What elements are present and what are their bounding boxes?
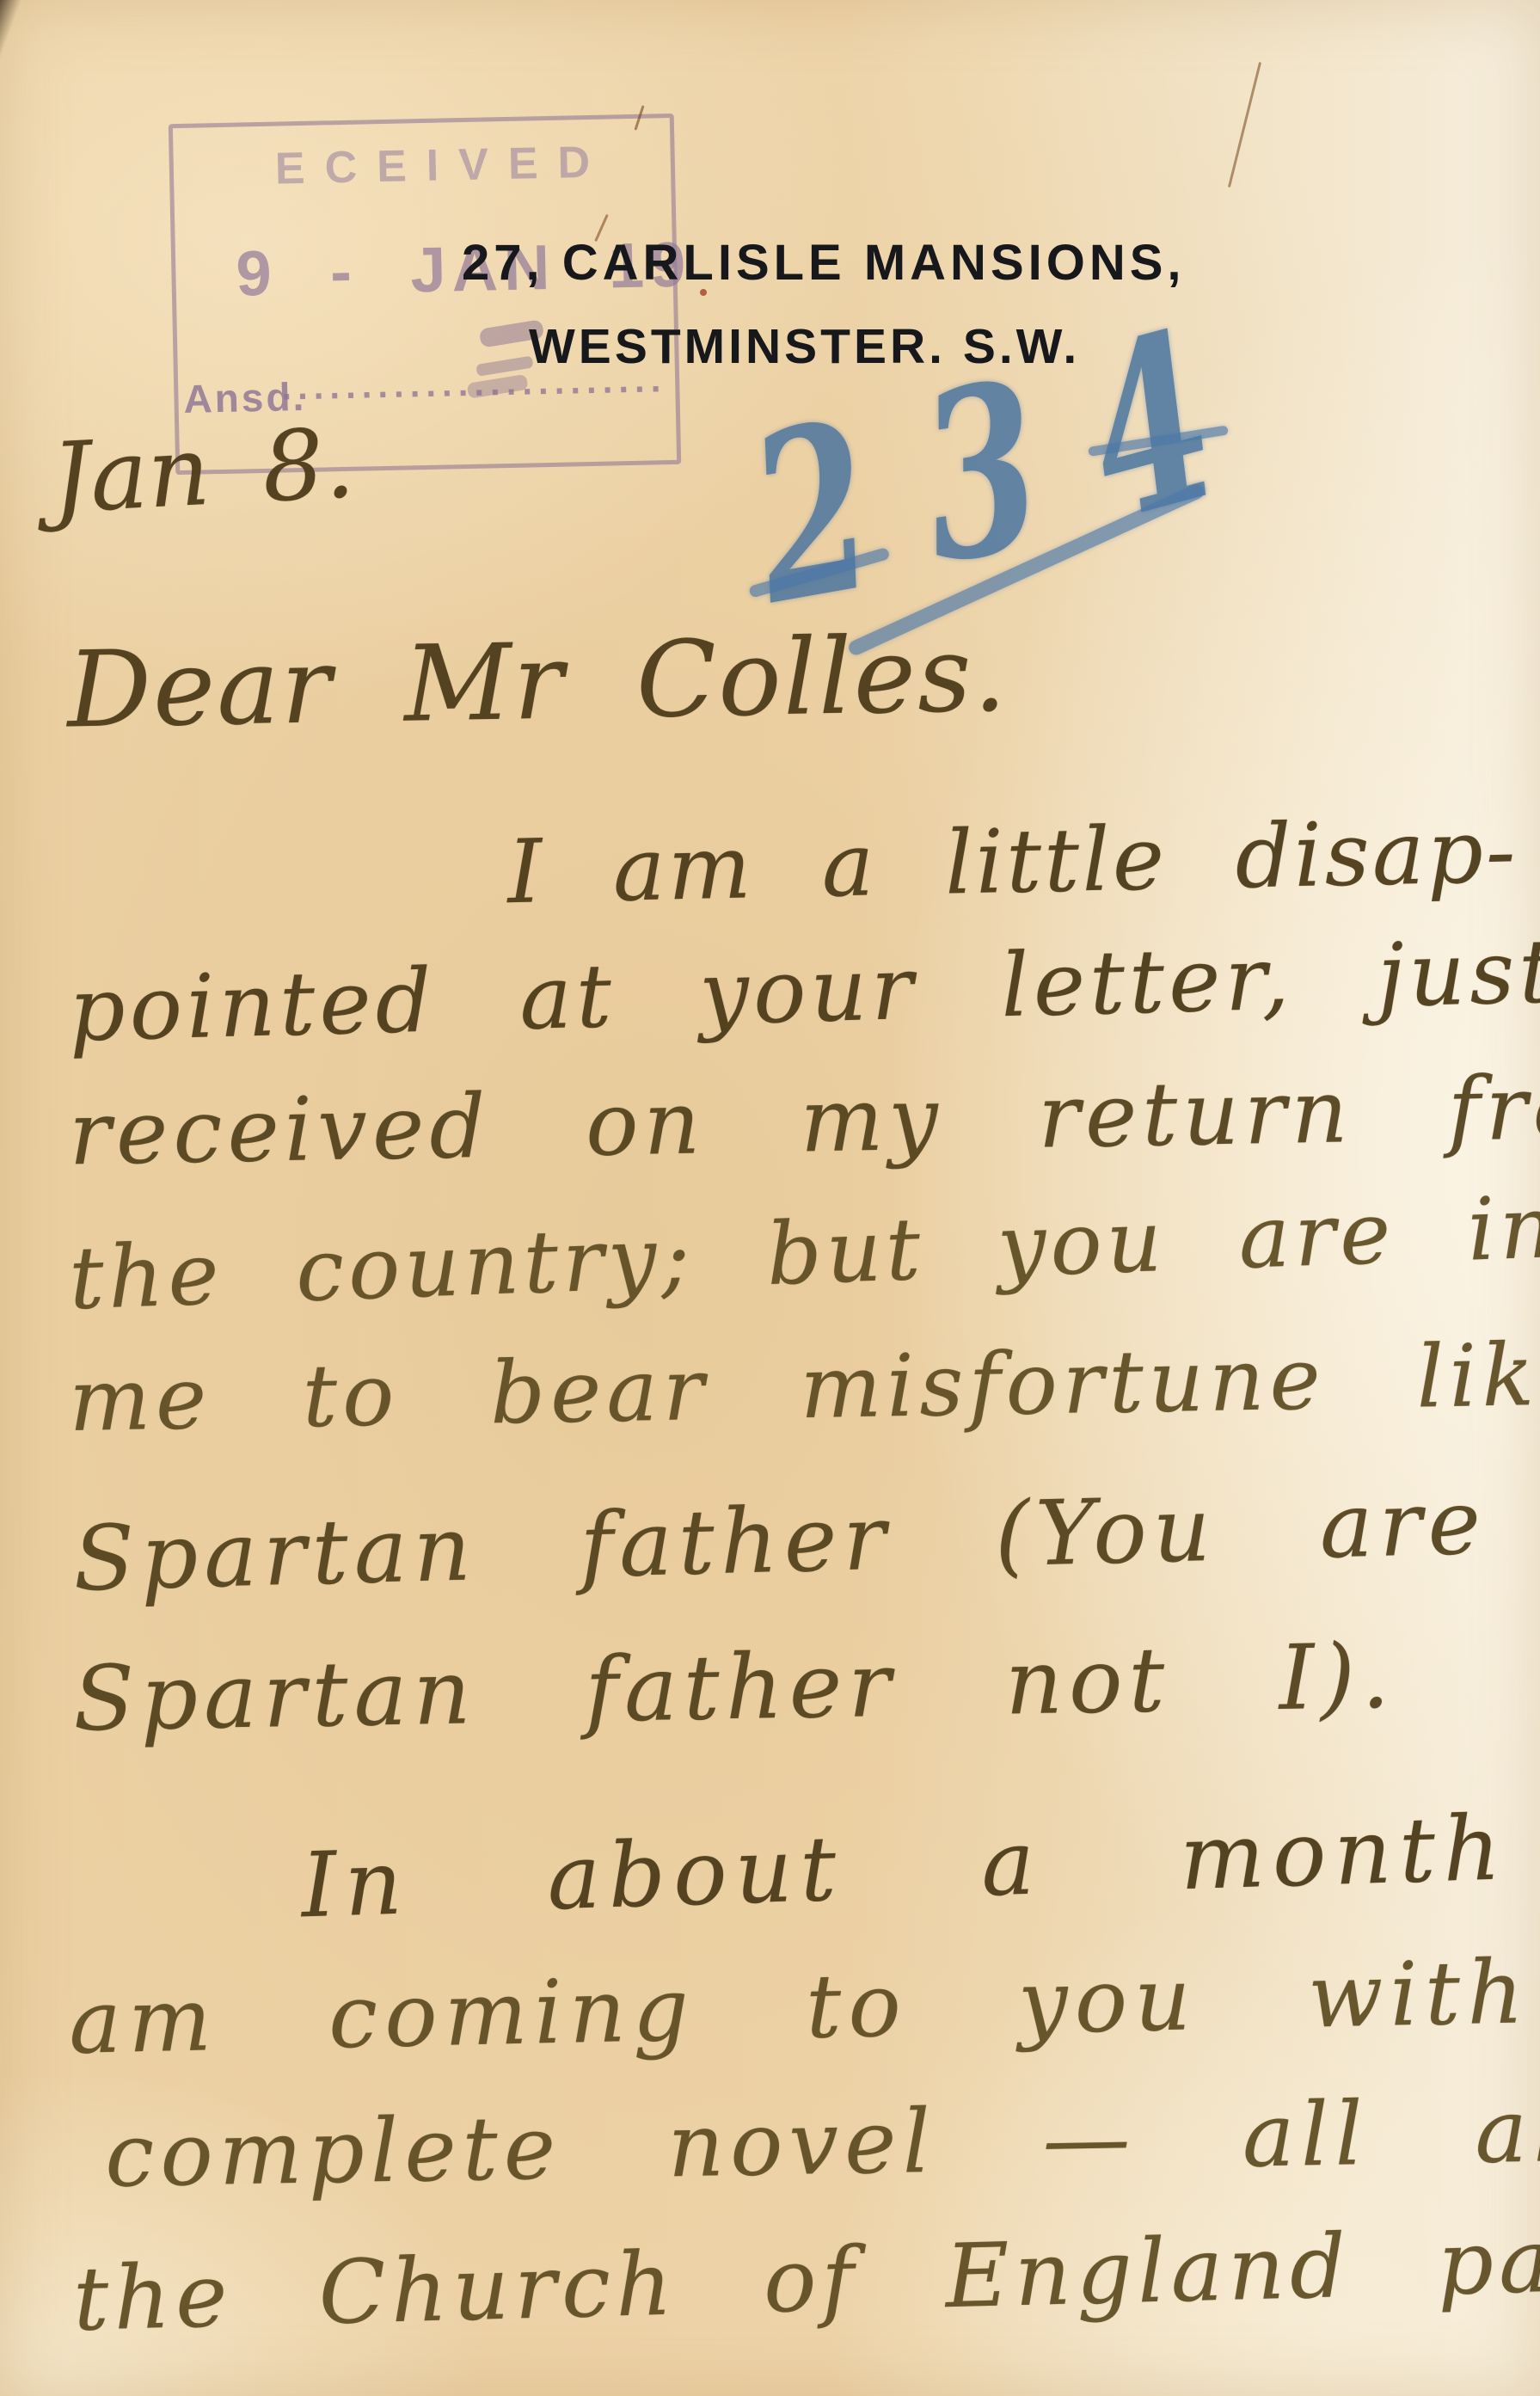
letterhead-address: 27, CARLISLE MANSIONS,: [462, 234, 1186, 292]
handwriting-line: In about a month I: [300, 1797, 1540, 1931]
handwriting-line: Spartan father (You are the: [72, 1470, 1540, 1603]
letter-photograph: ECEIVED 9 - JAN 19 Ansd. ...............…: [0, 0, 1540, 2396]
paper-crease: [1228, 62, 1261, 187]
handwriting-line: complete novel — all about: [104, 2084, 1540, 2201]
handwriting-line: the Church of England parson: [72, 2212, 1540, 2344]
handwriting-line: received on my return from: [68, 1063, 1540, 1179]
handwriting-line: am coming to you with a: [68, 1945, 1540, 2067]
archive-digit: 2: [738, 390, 897, 637]
paper-corner-shadow: [0, 0, 34, 103]
stamp-received-text: ECEIVED: [274, 136, 610, 194]
handwritten-date: Jan 8.: [49, 415, 357, 527]
handwriting-line: I am a little disap-: [506, 808, 1519, 918]
ink-fleck: [700, 289, 707, 296]
handwriting-line: the country; but you are inuring: [68, 1176, 1540, 1323]
handwriting-line: Spartan father not I).: [72, 1631, 1396, 1744]
handwriting-line: pointed at your letter, just: [68, 928, 1540, 1054]
handwriting-line: me to bear misfortune like a: [68, 1329, 1540, 1444]
